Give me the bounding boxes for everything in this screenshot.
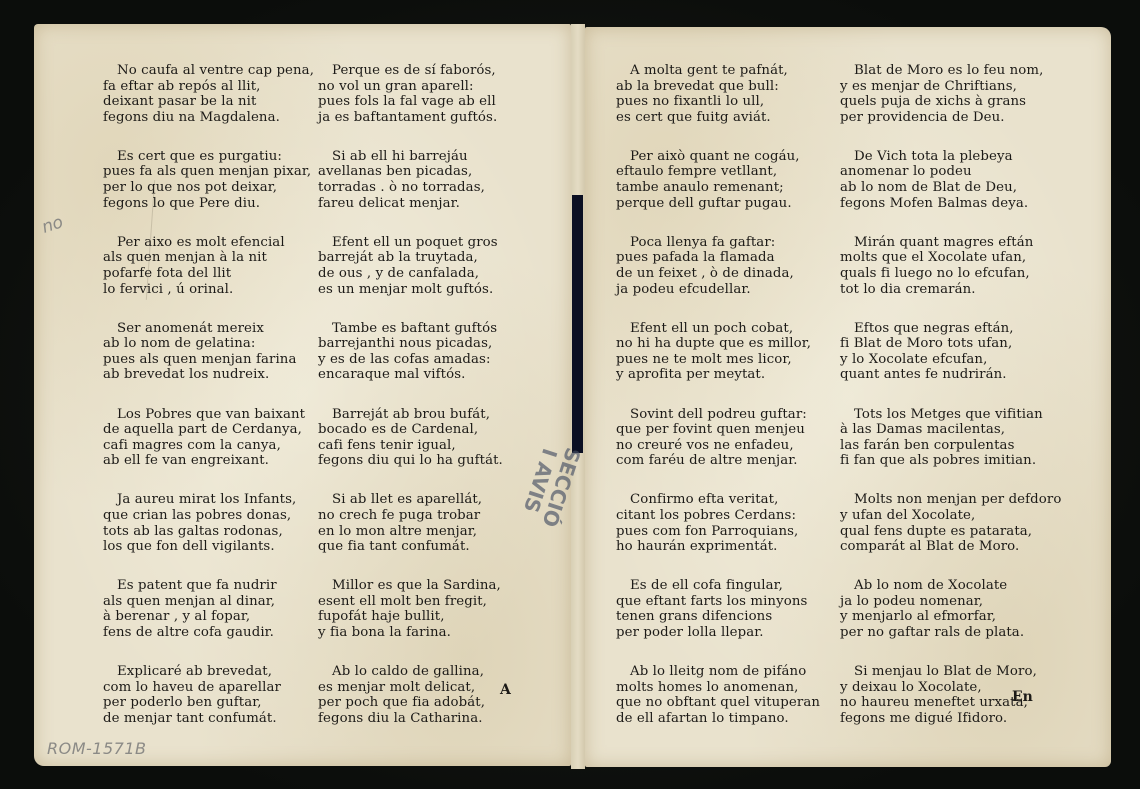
verse-line: pues ne te molt mes licor, — [616, 352, 841, 368]
verse-line: quals fi luego no lo efcufan, — [840, 266, 1065, 282]
verse-line: qual fens dupte es patarata, — [840, 524, 1065, 540]
verse-line: per no gaftar rals de plata. — [840, 625, 1065, 641]
verse-line: y fia bona la farina. — [318, 625, 528, 641]
verse-line: no hi ha dupte que es millor, — [616, 336, 841, 352]
shelfmark-annotation: ROM-1571B — [47, 739, 146, 758]
verse-line: fegons Mofen Balmas deya. — [840, 196, 1065, 212]
verse-line: Si menjau lo Blat de Moro, — [840, 664, 1065, 680]
verse-line: Ab lo lleitg nom de pifáno — [616, 664, 841, 680]
verse-line: barreját ab la truytada, — [318, 250, 528, 266]
verse-line: torradas . ò no torradas, — [318, 180, 528, 196]
verse-column-4: Blat de Moro es lo feu nom,y es menjar d… — [840, 63, 1065, 750]
verse-line: Es de ell cofa fingular, — [616, 578, 841, 594]
stanza: Poca llenya fa gaftar:pues pafada la fla… — [616, 235, 841, 297]
stanza: Tots los Metges que vifitianà las Damas … — [840, 407, 1065, 469]
verse-line: Explicaré ab brevedat, — [103, 664, 318, 680]
verse-line: Poca llenya fa gaftar: — [616, 235, 841, 251]
verse-line: Barreját ab brou bufát, — [318, 407, 528, 423]
stanza: Los Pobres que van baixantde aquella par… — [103, 407, 318, 469]
verse-line: quant antes fe nudrirán. — [840, 367, 1065, 383]
verse-line: no creuré vos ne enfadeu, — [616, 438, 841, 454]
catchword-right: En — [1012, 689, 1033, 705]
verse-line: fegons lo que Pere diu. — [103, 196, 318, 212]
stanza: Millor es que la Sardina,esent ell molt … — [318, 578, 528, 640]
verse-line: Efent ell un poquet gros — [318, 235, 528, 251]
stanza: Efent ell un poch cobat,no hi ha dupte q… — [616, 321, 841, 383]
stanza: Blat de Moro es lo feu nom,y es menjar d… — [840, 63, 1065, 125]
verse-line: als quen menjan al dinar, — [103, 594, 318, 610]
verse-line: molts que el Xocolate ufan, — [840, 250, 1065, 266]
stanza: Explicaré ab brevedat,com lo haveu de ap… — [103, 664, 318, 726]
verse-line: fegons diu na Magdalena. — [103, 110, 318, 126]
verse-line: que no obftant quel vituperan — [616, 695, 841, 711]
verse-line: no crech fe puga trobar — [318, 508, 528, 524]
verse-line: de un feixet , ò de dinada, — [616, 266, 841, 282]
verse-line: Eftos que negras eftán, — [840, 321, 1065, 337]
verse-line: Blat de Moro es lo feu nom, — [840, 63, 1065, 79]
verse-line: esent ell molt ben fregit, — [318, 594, 528, 610]
verse-line: anomenar lo podeu — [840, 164, 1065, 180]
stanza: Ab lo nom de Xocolateja lo podeu nomenar… — [840, 578, 1065, 640]
stanza: Barreját ab brou bufát,bocado es de Card… — [318, 407, 528, 469]
verse-line: fegons diu la Catharina. — [318, 711, 528, 727]
verse-column-1: No caufa al ventre cap pena,fa eftar ab … — [103, 63, 318, 750]
verse-line: cafi magres com la canya, — [103, 438, 318, 454]
verse-line: Tambe es baftant guftós — [318, 321, 528, 337]
verse-line: Millor es que la Sardina, — [318, 578, 528, 594]
verse-line: Los Pobres que van baixant — [103, 407, 318, 423]
verse-line: per lo que nos pot deixar, — [103, 180, 318, 196]
verse-line: De Vich tota la plebeya — [840, 149, 1065, 165]
verse-line: y aprofita per meytat. — [616, 367, 841, 383]
verse-line: pues fols la fal vage ab ell — [318, 94, 528, 110]
verse-line: molts homes lo anomenan, — [616, 680, 841, 696]
stanza: Tambe es baftant guftósbarrejanthi nous … — [318, 321, 528, 383]
verse-line: Per això quant ne cogáu, — [616, 149, 841, 165]
verse-line: Confirmo efta veritat, — [616, 492, 841, 508]
verse-line: fegons me digué Ifidoro. — [840, 711, 1065, 727]
stanza: Perque es de sí faborós,no vol un gran a… — [318, 63, 528, 125]
verse-line: barrejanthi nous picadas, — [318, 336, 528, 352]
stanza: Eftos que negras eftán,fi Blat de Moro t… — [840, 321, 1065, 383]
verse-line: ab brevedat los nudreix. — [103, 367, 318, 383]
verse-line: ja lo podeu nomenar, — [840, 594, 1065, 610]
verse-line: y lo Xocolate efcufan, — [840, 352, 1065, 368]
stanza: Sovint dell podreu guftar:que per fovint… — [616, 407, 841, 469]
verse-line: Sovint dell podreu guftar: — [616, 407, 841, 423]
verse-line: à berenar , y al fopar, — [103, 609, 318, 625]
stanza: Per aixo es molt efencialals quen menjan… — [103, 235, 318, 297]
verse-line: fi Blat de Moro tots ufan, — [840, 336, 1065, 352]
stanza: Ser anomenát mereixab lo nom de gelatina… — [103, 321, 318, 383]
verse-line: de ous , y de canfalada, — [318, 266, 528, 282]
verse-line: pues no fixantli lo ull, — [616, 94, 841, 110]
verse-line: de aquella part de Cerdanya, — [103, 422, 318, 438]
verse-line: per poderlo ben guftar, — [103, 695, 318, 711]
verse-line: Per aixo es molt efencial — [103, 235, 318, 251]
verse-line: fens de altre cofa gaudir. — [103, 625, 318, 641]
verse-line: es cert que fuitg aviát. — [616, 110, 841, 126]
verse-line: ab la brevedat que bull: — [616, 79, 841, 95]
verse-line: Si ab llet es aparellát, — [318, 492, 528, 508]
stanza: Ja aureu mirat los Infants,que crian las… — [103, 492, 318, 554]
verse-line: Ja aureu mirat los Infants, — [103, 492, 318, 508]
verse-line: las farán ben corpulentas — [840, 438, 1065, 454]
verse-line: es menjar molt delicat, — [318, 680, 528, 696]
verse-line: que eftant farts los minyons — [616, 594, 841, 610]
verse-line: en lo mon altre menjar, — [318, 524, 528, 540]
verse-line: y es menjar de Chriftians, — [840, 79, 1065, 95]
verse-line: los que fon dell vigilants. — [103, 539, 318, 555]
verse-line: per poch que fia adobát, — [318, 695, 528, 711]
verse-line: fegons diu qui lo ha guftát. — [318, 453, 528, 469]
verse-line: de ell afartan lo timpano. — [616, 711, 841, 727]
verse-line: ab ell fe van engreixant. — [103, 453, 318, 469]
stanza: Molts non menjan per defdoroy ufan del X… — [840, 492, 1065, 554]
verse-line: y ufan del Xocolate, — [840, 508, 1065, 524]
stanza: Es patent que fa nudrirals quen menjan a… — [103, 578, 318, 640]
verse-line: ab lo nom de gelatina: — [103, 336, 318, 352]
verse-line: perque dell guftar pugau. — [616, 196, 841, 212]
verse-line: Si ab ell hi barrejáu — [318, 149, 528, 165]
verse-line: Efent ell un poch cobat, — [616, 321, 841, 337]
stanza: No caufa al ventre cap pena,fa eftar ab … — [103, 63, 318, 125]
stanza: Confirmo efta veritat,citant los pobres … — [616, 492, 841, 554]
verse-line: Es patent que fa nudrir — [103, 578, 318, 594]
verse-line: fi fan que als pobres imitian. — [840, 453, 1065, 469]
stanza: Es cert que es purgatiu:pues fa als quen… — [103, 149, 318, 211]
catchword-left: A — [500, 682, 511, 698]
verse-column-3: A molta gent te pafnát,ab la brevedat qu… — [616, 63, 841, 750]
paper-tear — [572, 195, 583, 453]
verse-line: Ser anomenát mereix — [103, 321, 318, 337]
verse-line: encaraque mal viftós. — [318, 367, 528, 383]
stanza: A molta gent te pafnát,ab la brevedat qu… — [616, 63, 841, 125]
verse-line: comparát al Blat de Moro. — [840, 539, 1065, 555]
verse-line: com lo haveu de aparellar — [103, 680, 318, 696]
verse-line: lo fervici , ú orinal. — [103, 282, 318, 298]
verse-line: ho haurán exprimentát. — [616, 539, 841, 555]
verse-line: per providencia de Deu. — [840, 110, 1065, 126]
verse-line: No caufa al ventre cap pena, — [103, 63, 318, 79]
verse-line: A molta gent te pafnát, — [616, 63, 841, 79]
verse-line: tenen grans difencions — [616, 609, 841, 625]
verse-line: tots ab las galtas rodonas, — [103, 524, 318, 540]
verse-line: pues com fon Parroquians, — [616, 524, 841, 540]
stanza: Ab lo caldo de gallina,es menjar molt de… — [318, 664, 528, 726]
verse-line: deixant pasar be la nit — [103, 94, 318, 110]
verse-line: fupofát haje bullit, — [318, 609, 528, 625]
stanza: Es de ell cofa fingular,que eftant farts… — [616, 578, 841, 640]
verse-line: Tots los Metges que vifitian — [840, 407, 1065, 423]
verse-line: y es de las cofas amadas: — [318, 352, 528, 368]
stanza: Per això quant ne cogáu,eftaulo fempre v… — [616, 149, 841, 211]
verse-line: Perque es de sí faborós, — [318, 63, 528, 79]
verse-line: pues fa als quen menjan pixar, — [103, 164, 318, 180]
verse-line: que crian las pobres donas, — [103, 508, 318, 524]
verse-line: fa eftar ab repós al llit, — [103, 79, 318, 95]
verse-line: pues pafada la flamada — [616, 250, 841, 266]
verse-line: bocado es de Cardenal, — [318, 422, 528, 438]
verse-line: ab lo nom de Blat de Deu, — [840, 180, 1065, 196]
verse-column-2: Perque es de sí faborós,no vol un gran a… — [318, 63, 528, 750]
verse-line: Es cert que es purgatiu: — [103, 149, 318, 165]
verse-line: com faréu de altre menjar. — [616, 453, 841, 469]
stanza: Si ab llet es aparellát,no crech fe puga… — [318, 492, 528, 554]
verse-line: Molts non menjan per defdoro — [840, 492, 1065, 508]
verse-line: que per fovint quen menjeu — [616, 422, 841, 438]
verse-line: cafi fens tenir igual, — [318, 438, 528, 454]
verse-line: eftaulo fempre vetllant, — [616, 164, 841, 180]
verse-line: quels puja de xichs à grans — [840, 94, 1065, 110]
verse-line: tot lo dia cremarán. — [840, 282, 1065, 298]
verse-line: citant los pobres Cerdans: — [616, 508, 841, 524]
verse-line: avellanas ben picadas, — [318, 164, 528, 180]
verse-line: à las Damas macilentas, — [840, 422, 1065, 438]
verse-line: als quen menjan à la nit — [103, 250, 318, 266]
verse-line: ja es baftantament guftós. — [318, 110, 528, 126]
verse-line: que fia tant confumát. — [318, 539, 528, 555]
verse-line: ja podeu efcudellar. — [616, 282, 841, 298]
verse-line: tambe anaulo remenant; — [616, 180, 841, 196]
stanza: Mirán quant magres eftánmolts que el Xoc… — [840, 235, 1065, 297]
verse-line: Ab lo caldo de gallina, — [318, 664, 528, 680]
stanza: Ab lo lleitg nom de pifánomolts homes lo… — [616, 664, 841, 726]
verse-line: Mirán quant magres eftán — [840, 235, 1065, 251]
verse-line: de menjar tant confumát. — [103, 711, 318, 727]
verse-line: no vol un gran aparell: — [318, 79, 528, 95]
stanza: Efent ell un poquet grosbarreját ab la t… — [318, 235, 528, 297]
verse-line: Ab lo nom de Xocolate — [840, 578, 1065, 594]
verse-line: pues als quen menjan farina — [103, 352, 318, 368]
verse-line: y menjarlo al efmorfar, — [840, 609, 1065, 625]
verse-line: pofarfe fota del llit — [103, 266, 318, 282]
stanza: Si ab ell hi barrejáuavellanas ben picad… — [318, 149, 528, 211]
stanza: De Vich tota la plebeyaanomenar lo podeu… — [840, 149, 1065, 211]
verse-line: fareu delicat menjar. — [318, 196, 528, 212]
verse-line: es un menjar molt guftós. — [318, 282, 528, 298]
verse-line: per poder lolla llepar. — [616, 625, 841, 641]
